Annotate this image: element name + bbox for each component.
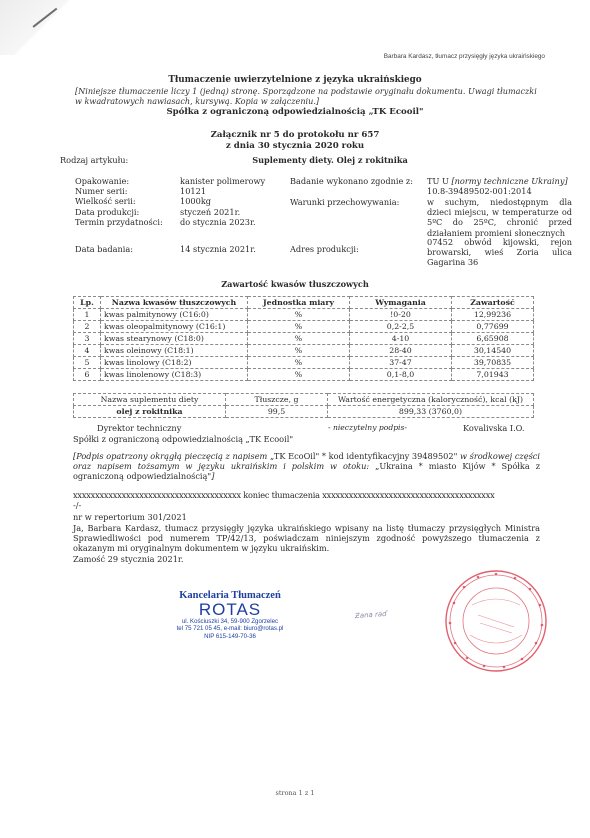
page-corner-fold	[0, 0, 70, 55]
handwritten-signature: Ƶana raɗ	[355, 610, 388, 620]
fatty-acids-table: Lp. Nazwa kwasów tłuszczowych Jednostka …	[73, 296, 534, 381]
table-cell: %	[248, 321, 350, 333]
table-cell: %	[248, 369, 350, 381]
article-value: Suplementy diety. Olej z rokitnika	[180, 155, 480, 165]
table-cell: kwas oleinowy (C18:1)	[101, 345, 248, 357]
company-name: Spółka z ograniczoną odpowiedzialnością …	[40, 107, 550, 118]
storage-label: Warunki przechowywania:	[290, 197, 399, 207]
column-header: Nazwa suplementu diety	[74, 394, 226, 406]
column-header: Jednostka miary	[248, 297, 350, 309]
detail-label: Data produkcji:	[75, 207, 180, 217]
test-date-row: Data badania: 14 stycznia 2021r.	[75, 244, 275, 254]
table-cell: !0-20	[350, 309, 452, 321]
detail-row: Opakowanie: kanister polimerowy	[75, 176, 275, 186]
detail-label: Opakowanie:	[75, 176, 180, 186]
table-row: 6kwas linolenowy (C18:3)%0,1-8,07,01943	[74, 369, 534, 381]
table-row: 3kwas stearynowy (C18:0)%4-106,65908	[74, 333, 534, 345]
table-cell: kwas linolowy (C18:2)	[101, 357, 248, 369]
table-header-row: Lp. Nazwa kwasów tłuszczowych Jednostka …	[74, 297, 534, 309]
office-contact: tel 75 721 05 45, e-mail: biuro@rotas.pl	[160, 625, 300, 632]
office-address: ul. Kościuszki 34, 59-900 Zgorzelec	[160, 618, 300, 625]
table-cell: 0,2-2,5	[350, 321, 452, 333]
table-cell: kwas linolenowy (C18:3)	[101, 369, 248, 381]
table-cell: %	[248, 309, 350, 321]
table-cell: 3	[74, 333, 101, 345]
signatory-company: Spółki z ograniczoną odpowiedzialnością …	[73, 434, 293, 444]
table-cell: 6,65908	[452, 333, 534, 345]
detail-value: do stycznia 2023r.	[180, 217, 256, 227]
table-cell: 4	[74, 345, 101, 357]
signature-note: - nieczytelny podpis-	[328, 423, 407, 433]
office-nip: NIP 615-149-70-36	[160, 633, 300, 640]
column-header: Lp.	[74, 297, 101, 309]
place-date: Zamość 29 stycznia 2021r.	[73, 554, 184, 564]
article-label: Rodzaj artykułu:	[60, 155, 128, 165]
table-cell: olej z rokitnika	[74, 406, 226, 418]
detail-row: Data produkcji: styczeń 2021r.	[75, 207, 275, 217]
column-header: Tłuszcze, g	[226, 394, 328, 406]
table-row: 1kwas palmitynowy (C16:0)%!0-2012,99236	[74, 309, 534, 321]
office-stamp: Kancelaria Tłumaczeń ROTAS ul. Kościuszk…	[160, 590, 300, 640]
page-footer: strona 1 z 1	[0, 789, 590, 797]
table-cell: 1	[74, 309, 101, 321]
table-cell: %	[248, 333, 350, 345]
table-cell: 2	[74, 321, 101, 333]
translator-note-line2: w kwadratowych nawiasach, kursywą. Kopia…	[40, 96, 550, 106]
table-cell: 39,70835	[452, 357, 534, 369]
column-header: Wymagania	[350, 297, 452, 309]
slash-mark: -/-	[73, 500, 81, 510]
standard-code: 10.8-39489502-001:2014	[427, 186, 572, 196]
annex-heading: Załącznik nr 5 do protokołu nr 657 z dni…	[40, 130, 550, 152]
detail-value: kanister polimerowy	[180, 176, 265, 186]
column-header: Nazwa kwasów tłuszczowych	[101, 297, 248, 309]
detail-row: Termin przydatności: do stycznia 2023r.	[75, 217, 275, 227]
signatory-name: Kovalivska I.O.	[463, 423, 525, 433]
table-cell: 4-10	[350, 333, 452, 345]
table-cell: 12,99236	[452, 309, 534, 321]
table-cell: 0,1-8,0	[350, 369, 452, 381]
table-cell: 0,77699	[452, 321, 534, 333]
standard-label: Badanie wykonano zgodnie z:	[290, 176, 413, 186]
table-cell: %	[248, 345, 350, 357]
table-cell: 7,01943	[452, 369, 534, 381]
document-heading: Tłumaczenie uwierzytelnione z języka ukr…	[40, 75, 550, 86]
details-left: Opakowanie: kanister polimerowy Numer se…	[75, 176, 275, 227]
table-cell: %	[248, 357, 350, 369]
table-row: 4kwas oleinowy (C18:1)%28-4030,14540	[74, 345, 534, 357]
fatty-acids-title: Zawartość kwasów tłuszczowych	[40, 279, 550, 289]
test-date-value: 14 stycznia 2021r.	[180, 244, 256, 254]
detail-label: Wielkość serii:	[75, 196, 180, 206]
column-header: Wartość energetyczna (kaloryczność), kca…	[328, 394, 534, 406]
table-cell: 6	[74, 369, 101, 381]
seal-note-part: ]	[211, 471, 214, 481]
detail-value: styczeń 2021r.	[180, 207, 240, 217]
detail-value: 1000kg	[180, 196, 211, 206]
test-date-label: Data badania:	[75, 244, 180, 254]
round-seal-icon	[440, 565, 552, 677]
detail-row: Numer serii: 10121	[75, 186, 275, 196]
document-page: Barbara Kardasz, tłumacz przysięgły języ…	[0, 0, 590, 838]
seal-note-part: „TK EcoOil" * kod identyfikacyjny 394895…	[270, 451, 457, 461]
certification-text: Ja, Barbara Kardasz, tłumacz przysięgły …	[73, 523, 540, 554]
table-header-row: Nazwa suplementu diety Tłuszcze, g Warto…	[74, 394, 534, 406]
standard-note: [normy techniczne Ukrainy]	[451, 176, 567, 186]
detail-row: Wielkość serii: 1000kg	[75, 196, 275, 206]
standard-value: TU U [normy techniczne Ukrainy] 10.8-394…	[427, 176, 572, 196]
detail-value: 10121	[180, 186, 206, 196]
supplement-table: Nazwa suplementu diety Tłuszcze, g Warto…	[73, 393, 534, 418]
signatory-position: Dyrektor techniczny	[97, 423, 181, 433]
table-cell: 899,33 (3760,0)	[328, 406, 534, 418]
detail-label: Numer serii:	[75, 186, 180, 196]
translator-note-line1: [Niniejsze tłumaczenie liczy 1 (jedną) s…	[40, 86, 550, 96]
standard-prefix: TU U	[427, 176, 451, 186]
detail-label: Termin przydatności:	[75, 217, 180, 227]
column-header: Zawartość	[452, 297, 534, 309]
storage-value: w suchym, niedostępnym dla dzieci miejsc…	[427, 197, 572, 238]
title-block: Tłumaczenie uwierzytelnione z języka ukr…	[40, 75, 550, 118]
table-cell: 30,14540	[452, 345, 534, 357]
table-row: 2kwas oleopalmitynowy (C16:1)%0,2-2,50,7…	[74, 321, 534, 333]
table-cell: 5	[74, 357, 101, 369]
table-cell: 99,5	[226, 406, 328, 418]
repertorium-number: nr w repertorium 301/2021	[73, 512, 187, 522]
end-of-translation-line: xxxxxxxxxxxxxxxxxxxxxxxxxxxxxxxxxxxxxx k…	[73, 490, 543, 500]
office-brand: ROTAS	[160, 602, 300, 618]
table-cell: 37-47	[350, 357, 452, 369]
seal-note-part: [Podpis opatrzony okrągłą pieczęcią z na…	[73, 451, 270, 461]
table-cell: kwas oleopalmitynowy (C16:1)	[101, 321, 248, 333]
table-row: 5kwas linolowy (C18:2)%37-4739,70835	[74, 357, 534, 369]
table-row: olej z rokitnika 99,5 899,33 (3760,0)	[74, 406, 534, 418]
seal-description: [Podpis opatrzony okrągłą pieczęcią z na…	[73, 451, 540, 482]
annex-line1: Załącznik nr 5 do protokołu nr 657	[40, 130, 550, 141]
table-cell: 28-40	[350, 345, 452, 357]
translator-header: Barbara Kardasz, tłumacz przysięgły języ…	[384, 53, 545, 60]
table-cell: kwas palmitynowy (C16:0)	[101, 309, 248, 321]
table-cell: kwas stearynowy (C18:0)	[101, 333, 248, 345]
annex-line2: z dnia 30 stycznia 2020 roku	[40, 141, 550, 152]
address-label: Adres produkcji:	[290, 244, 359, 254]
address-value: 07452 obwód kijowski, rejon browarski, w…	[427, 237, 572, 268]
